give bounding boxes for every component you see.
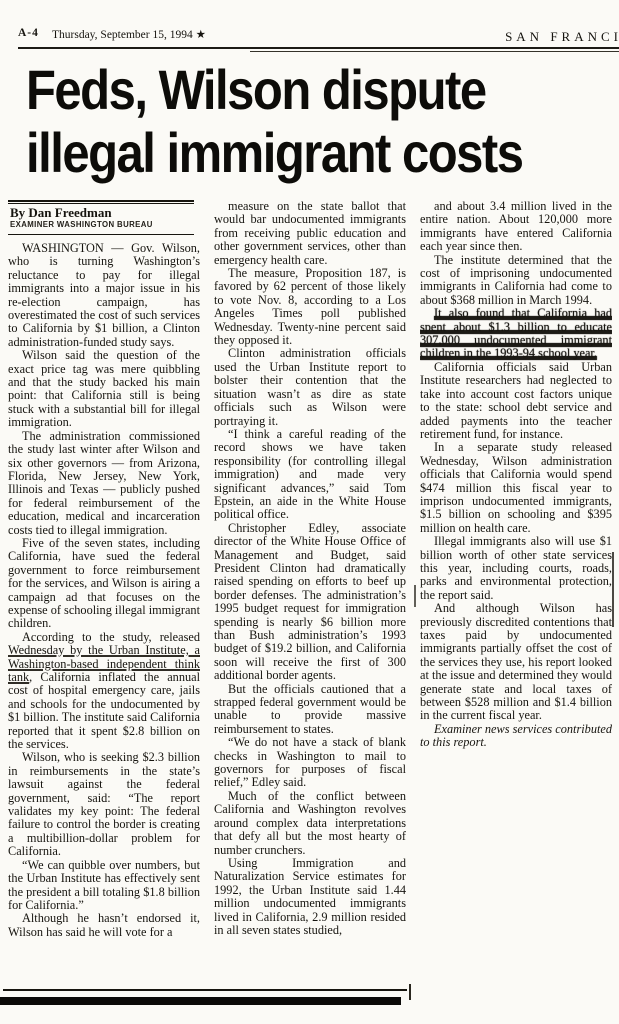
paragraph: The institute determined that the cost o… bbox=[420, 254, 612, 308]
byline-bureau: EXAMINER WASHINGTON BUREAU bbox=[10, 220, 194, 230]
paragraph: Clinton administration officials used th… bbox=[214, 347, 406, 427]
paragraph: WASHINGTON — Gov. Wilson, who is turning… bbox=[8, 242, 200, 349]
paragraph: Five of the seven states, including Cali… bbox=[8, 537, 200, 631]
paragraph: Christopher Edley, associate director of… bbox=[214, 522, 406, 683]
paragraph-text: , California inflated the annual cost of… bbox=[8, 670, 200, 751]
bottom-tick-mark bbox=[409, 984, 411, 1000]
paragraph: The administration commissioned the stud… bbox=[8, 430, 200, 537]
paragraph: But the officials cautioned that a strap… bbox=[214, 683, 406, 737]
hand-marked-paragraph: It also found that California had spent … bbox=[420, 307, 612, 361]
column-2: measure on the state ballot that would b… bbox=[214, 200, 406, 988]
paragraph: In a separate study released Wednesday, … bbox=[420, 441, 612, 535]
paragraph: California officials said Urban Institut… bbox=[420, 361, 612, 441]
paragraph: Illegal immigrants also will use $1 bill… bbox=[420, 535, 612, 602]
bottom-black-bar bbox=[0, 997, 401, 1005]
headline-line1: Feds, Wilson dispute bbox=[26, 56, 486, 127]
page-number: A-4 bbox=[18, 27, 39, 39]
paragraph: The measure, Proposition 187, is favored… bbox=[214, 267, 406, 347]
newspaper-page: A-4 Thursday, September 15, 1994 ★ SAN F… bbox=[0, 0, 619, 1024]
paragraph: Wilson said the question of the exact pr… bbox=[8, 349, 200, 429]
paragraph: And although Wilson has previously discr… bbox=[420, 602, 612, 723]
headline: Feds, Wilson dispute illegal immigrant c… bbox=[26, 56, 616, 182]
credit-line: Examiner news services contributed to th… bbox=[420, 723, 612, 750]
byline-author: By Dan Freedman bbox=[10, 205, 194, 220]
paragraph: “We do not have a stack of blank checks … bbox=[214, 736, 406, 790]
paragraph: “We can quibble over numbers, but the Ur… bbox=[8, 859, 200, 913]
pen-mark bbox=[612, 552, 614, 627]
column-3: and about 3.4 million lived in the entir… bbox=[420, 200, 612, 988]
header-rule bbox=[18, 47, 619, 49]
header-rule-thin bbox=[250, 51, 619, 52]
paragraph: Much of the conflict between California … bbox=[214, 790, 406, 857]
article-body: By Dan Freedman EXAMINER WASHINGTON BURE… bbox=[8, 200, 612, 988]
headline-line2: illegal immigrant costs bbox=[26, 119, 523, 190]
bottom-thin-rule bbox=[3, 989, 407, 991]
paragraph: measure on the state ballot that would b… bbox=[214, 200, 406, 267]
byline-block: By Dan Freedman EXAMINER WASHINGTON BURE… bbox=[8, 200, 194, 235]
running-head: A-4 Thursday, September 15, 1994 ★ SAN F… bbox=[0, 27, 619, 47]
date-line: Thursday, September 15, 1994 ★ bbox=[52, 27, 206, 41]
paragraph: “I think a careful reading of the record… bbox=[214, 428, 406, 522]
paragraph: Wilson, who is seeking $2.3 billion in r… bbox=[8, 751, 200, 858]
pen-mark bbox=[414, 585, 416, 607]
paragraph: Using Immigration and Naturalization Ser… bbox=[214, 857, 406, 937]
paragraph-text: According to the study, released bbox=[22, 630, 200, 644]
column-1: By Dan Freedman EXAMINER WASHINGTON BURE… bbox=[8, 200, 200, 988]
paragraph: and about 3.4 million lived in the entir… bbox=[420, 200, 612, 254]
paragraph: According to the study, released Wednesd… bbox=[8, 631, 200, 752]
paragraph: Although he hasn’t endorsed it, Wilson h… bbox=[8, 912, 200, 939]
newspaper-name: SAN FRANCI bbox=[505, 29, 619, 45]
